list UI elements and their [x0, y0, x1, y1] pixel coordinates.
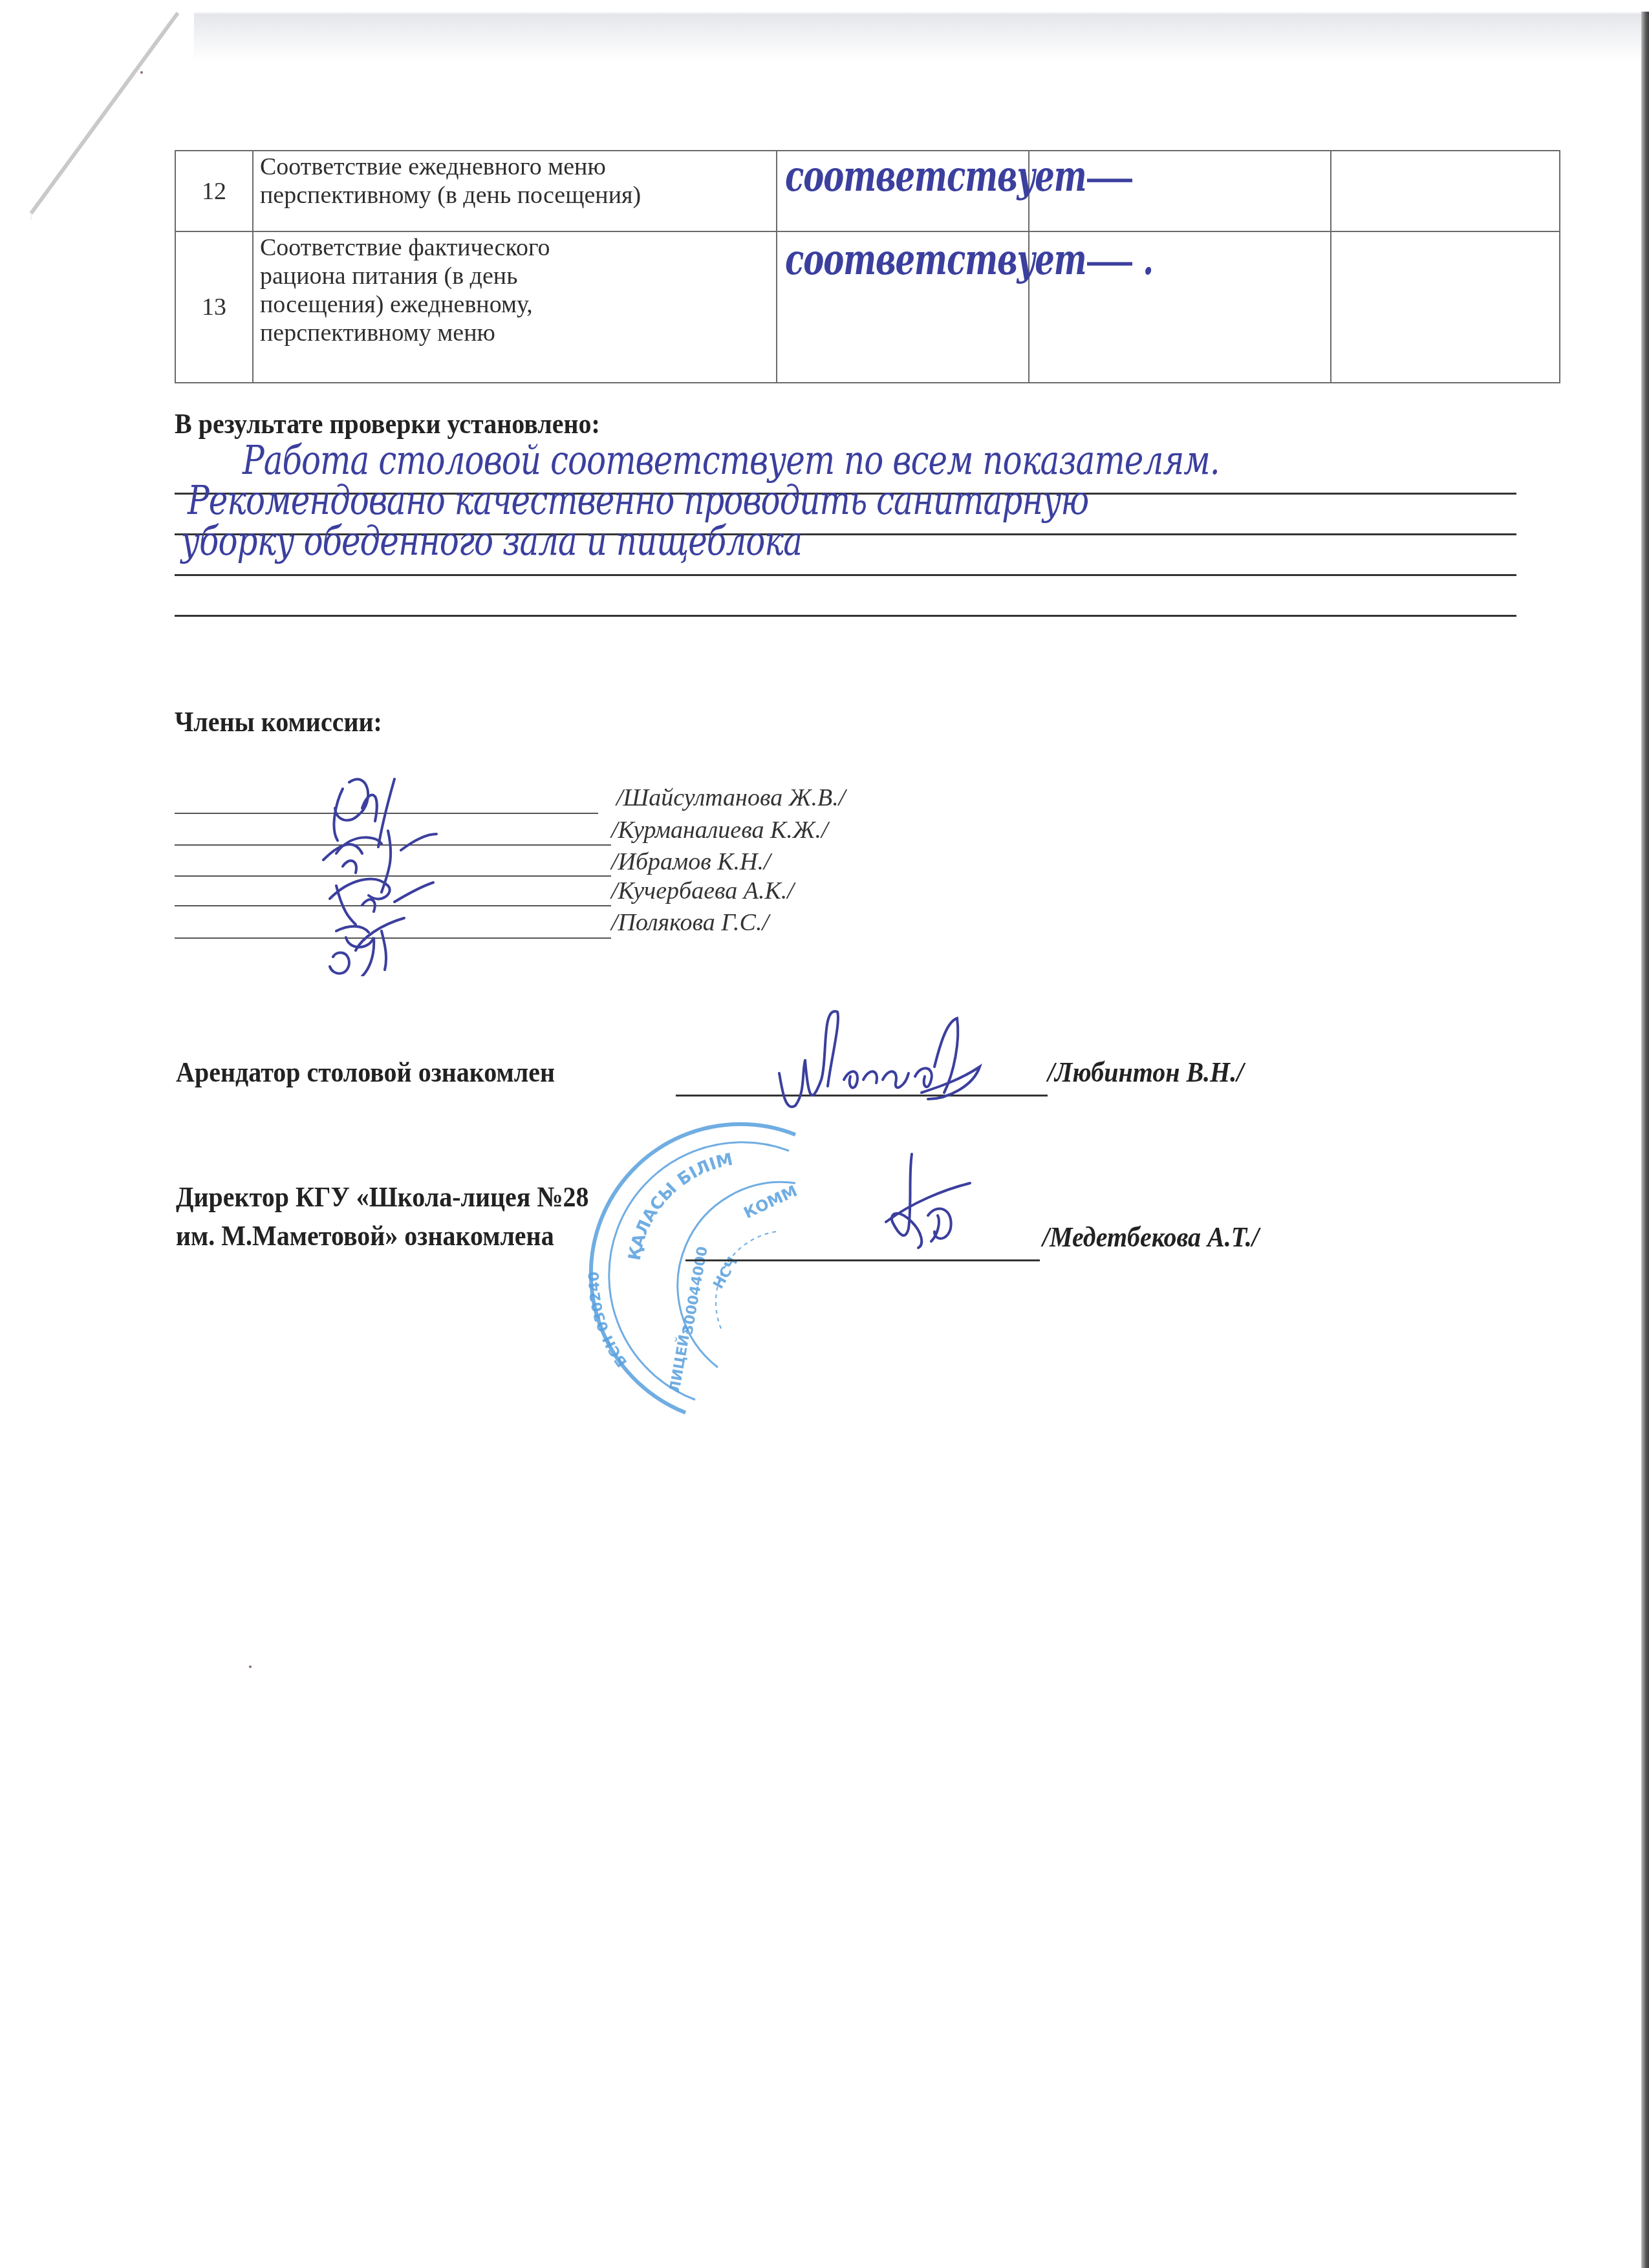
- empty-cell: [1029, 231, 1331, 383]
- writing-line: [175, 574, 1516, 576]
- writing-line: [175, 615, 1516, 617]
- scan-right-edge: [1641, 12, 1649, 2268]
- findings-line: Рекомендовано качественно проводить сани…: [188, 477, 1088, 524]
- commission-heading: Члены комиссии:: [175, 704, 382, 738]
- empty-cell: [1331, 151, 1560, 231]
- member-name: /Кучербаева А.К./: [611, 877, 794, 905]
- svg-text:ҚАЛАСЫ БІЛІМ: ҚАЛАСЫ БІЛІМ: [625, 1150, 735, 1262]
- director-label-line1: Директор КГУ «Школа-лицея №28: [176, 1179, 589, 1214]
- svg-text:ЛИЦЕЙ»: ЛИЦЕЙ»: [666, 1324, 695, 1394]
- director-signature: [873, 1151, 989, 1261]
- member-name: /Ибрамов К.Н./: [611, 848, 771, 876]
- criterion-line: рациона питания (в день: [260, 262, 771, 290]
- table-row: 12 Соответствие ежедневного меню перспек…: [175, 151, 1560, 231]
- scan-top-shading: [0, 0, 1649, 61]
- criterion-line: перспективному меню: [260, 319, 771, 347]
- member-name: /Шайсултанова Ж.В./: [616, 784, 845, 812]
- criterion-line: Соответствие ежедневного меню: [260, 153, 771, 181]
- criterion-cell: Соответствие ежедневного меню перспектив…: [253, 151, 777, 231]
- official-stamp: БСН 030240 ҚАЛАСЫ БІЛІМ КОММ 300044000 Л…: [582, 1122, 892, 1432]
- member-name: /Курманалиева К.Ж./: [611, 816, 828, 844]
- result-cell: соответствует: [777, 151, 1029, 231]
- result-cell: соответствует .: [777, 231, 1029, 383]
- findings-line: уборку обеденного зала и пищеблока: [181, 518, 802, 565]
- row-number: 12: [175, 151, 253, 231]
- empty-cell: [1029, 151, 1331, 231]
- criterion-cell: Соответствие фактического рациона питани…: [253, 231, 777, 383]
- scan-speck: [249, 1665, 252, 1668]
- folded-corner: [0, 0, 194, 220]
- criterion-line: перспективному (в день посещения): [260, 181, 771, 209]
- scan-speck: [140, 71, 143, 74]
- criterion-line: посещения) ежедневному,: [260, 290, 771, 319]
- director-label-line2: им. М.Маметовой» ознакомлена: [176, 1218, 554, 1252]
- criteria-table: 12 Соответствие ежедневного меню перспек…: [175, 150, 1560, 383]
- director-name: /Медетбекова А.Т./: [1042, 1219, 1259, 1254]
- lessee-signature: [766, 1002, 1012, 1118]
- lessee-label: Арендатор столовой ознакомлен: [176, 1054, 555, 1089]
- criterion-line: Соответствие фактического: [260, 233, 771, 262]
- row-number: 13: [175, 231, 253, 383]
- member-name: /Полякова Г.С./: [611, 908, 769, 937]
- findings-heading: В результате проверки установлено:: [175, 406, 600, 440]
- table-row: 13 Соответствие фактического рациона пит…: [175, 231, 1560, 383]
- empty-cell: [1331, 231, 1560, 383]
- lessee-name: /Любинтон В.Н./: [1048, 1054, 1244, 1089]
- commission-signatures: [297, 763, 466, 976]
